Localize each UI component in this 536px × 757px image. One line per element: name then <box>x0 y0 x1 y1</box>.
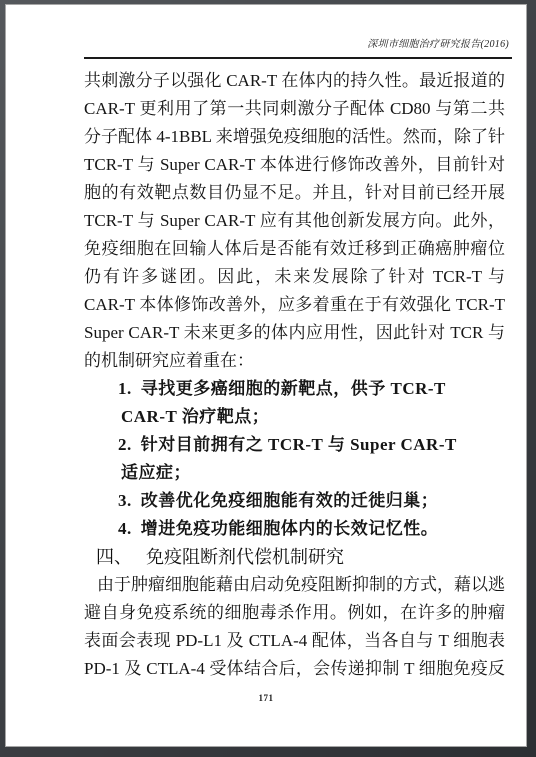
text-line: 分子配体 4-1BBL 来增强免疫细胞的活性。然而，除了针对 <box>84 123 505 151</box>
list-item-line: CAR-T 治疗靶点； <box>121 403 463 431</box>
list-item-line: 2. 针对目前拥有之 TCR-T 与 Super CAR-T 寻找其他的新 <box>118 431 463 459</box>
text-line: TCR-T 与 Super CAR-T 本体进行修饰改善外，目前针对癌细 <box>84 151 505 179</box>
text-line: TCR-T 与 Super CAR-T 应有其他创新发展方向。此外，修饰 <box>84 207 505 235</box>
text-line: PD-1 及 CTLA-4 受体结合后，会传递抑制 T 细胞免疫反应的 <box>84 655 505 683</box>
section-number: 四、 <box>96 543 132 571</box>
section-heading-4: 四、免疫阻断剂代偿机制研究 <box>84 543 505 571</box>
text-line: 表面会表现 PD-L1 及 CTLA-4 配体，当各自与 T 细胞表面的 <box>84 627 505 655</box>
text-line: CAR-T 本体修饰改善外，应多着重在于有效强化 TCR-T 与 <box>84 291 505 319</box>
text-line: Super CAR-T 未来更多的体内应用性，因此针对 TCR 与 CAR-T <box>84 319 505 347</box>
list-item-line: 适应症； <box>121 459 463 487</box>
text-line: 免疫细胞在回输人体后是否能有效迁移到正确癌肿瘤位置 <box>84 235 505 263</box>
list-item-line: 4. 增进免疫功能细胞体内的长效记忆性。 <box>118 515 463 543</box>
text-line: 的机制研究应着重在： <box>84 347 505 375</box>
list-item-line: 1. 寻找更多癌细胞的新靶点，供予 TCR-T 与 Super <box>118 375 463 403</box>
section-title: 免疫阻断剂代偿机制研究 <box>146 547 344 567</box>
document-page: 深圳市细胞治疗研究报告(2016) 共刺激分子以强化 CAR-T 在体内的持久性… <box>5 4 527 747</box>
text-line: 避自身免疫系统的细胞毒杀作用。例如，在许多的肿瘤细胞 <box>84 599 505 627</box>
header-running-title: 深圳市细胞治疗研究报告(2016) <box>367 39 509 51</box>
page-number: 171 <box>6 693 526 704</box>
text-line: 胞的有效靶点数目仍显不足。并且，针对目前已经开展的 <box>84 179 505 207</box>
list-item-line: 3. 改善优化免疫细胞能有效的迁徙归巢； <box>118 487 463 515</box>
text-line: 由于肿瘤细胞能藉由启动免疫阻断抑制的方式，藉以逃 <box>84 571 505 599</box>
text-line: 共刺激分子以强化 CAR-T 在体内的持久性。最近报道的 Super <box>84 67 505 95</box>
text-line: CAR-T 更利用了第一共同刺激分子配体 CD80 与第二共同刺激 <box>84 95 505 123</box>
scanned-page-background: 深圳市细胞治疗研究报告(2016) 共刺激分子以强化 CAR-T 在体内的持久性… <box>0 0 536 757</box>
text-line: 仍有许多谜团。因此，未来发展除了针对 TCR-T 与 Super <box>84 263 505 291</box>
header-rule <box>84 57 512 59</box>
document-body: 共刺激分子以强化 CAR-T 在体内的持久性。最近报道的 SuperCAR-T … <box>84 67 505 683</box>
